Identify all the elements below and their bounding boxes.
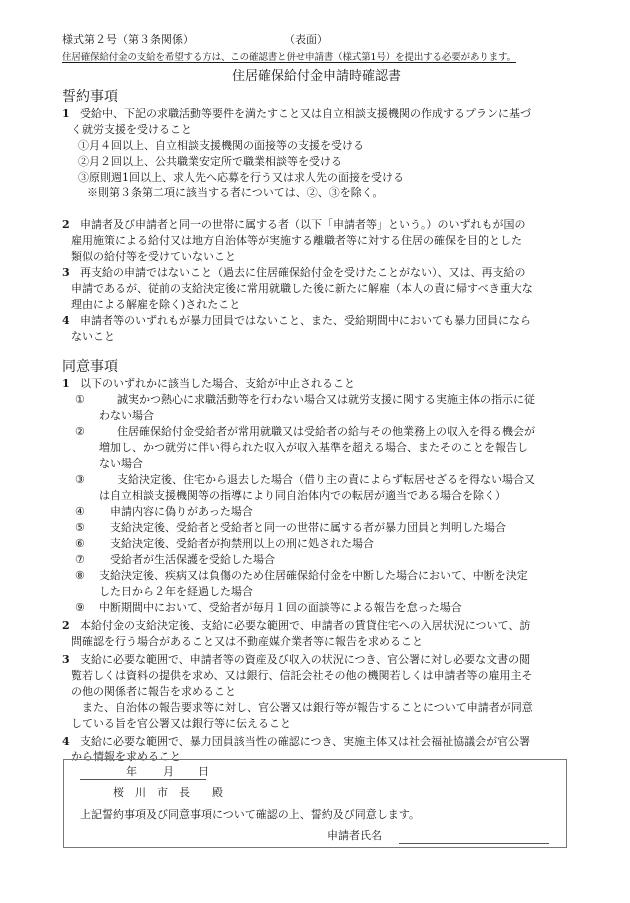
date-month-label: 月 xyxy=(163,765,174,779)
condition-text: 支給決定後、疾病又は負傷のため住居確保給付金を中断した場合において、中断を決定 xyxy=(99,569,528,583)
form-number: 様式第２号（第３条関係） xyxy=(62,33,194,47)
item-text: 類似の給付等を受けていないこと xyxy=(71,250,236,264)
condition-mark: ③ xyxy=(75,473,85,487)
submission-notice: 住居確保給付金の支給を希望する方は、この確認書と併せ申請書（様式第1号）を提出す… xyxy=(62,52,516,64)
item-text: 本給付金の支給決定後、支給に必要な範囲で、申請者の賃貸住宅への入居状況について、… xyxy=(80,619,530,633)
item-text: の他の関係者に報告を求めること xyxy=(71,685,236,699)
item-text: 申請であるが、従前の支給決定後に常用就職した後に新たに解雇（本人の責に帰すべき重… xyxy=(71,282,533,296)
condition-text: 支給決定後、受給者と受給者と同一の世帯に属する者が暴力団員と判明した場合 xyxy=(110,521,506,535)
condition-text: 増加し、かつ就労に伴い得られた収入が収入基準を超える場合、またそのことを報告し xyxy=(99,441,528,455)
consent-heading: 同意事項 xyxy=(62,359,118,376)
pledge-heading: 誓約事項 xyxy=(62,89,118,106)
item-number: 2 xyxy=(62,218,70,232)
condition-text: 支給決定後、住宅から退去した場合（借り主の責によらず転居せざるを得ない場合又 xyxy=(117,473,535,487)
date-day-label: 日 xyxy=(198,765,209,779)
item-text: 再支給の申請ではないこと（過去に住居確保給付金を受けたことがない）、又は、再支給… xyxy=(80,266,526,280)
condition-text: ない場合 xyxy=(99,457,143,471)
item-text: 雇用施策による給付又は地方自治体等が実施する離職者等に対する住居の確保を目的とし… xyxy=(71,234,522,248)
condition-mark: ⑨ xyxy=(75,601,85,615)
condition-text: は自立相談支援機関等の指導により同自治体内での転居が適当である場合を除く） xyxy=(99,489,506,503)
item-text: 覧若しくは資料の提供を求め、又は銀行、信託会社その他の機関若しくは申請者等の雇用… xyxy=(71,669,533,683)
item-number: 4 xyxy=(62,735,70,749)
date-year-label: 年 xyxy=(126,765,137,779)
condition-mark: ① xyxy=(75,393,85,407)
item-text: 問確認を行う場合があること又は不動産媒介業者等に報告を求めること xyxy=(71,635,423,649)
date-underline xyxy=(80,779,206,780)
condition-text: 受給者が生活保護を受給した場合 xyxy=(110,553,275,567)
item-text: ないこと xyxy=(71,330,115,344)
condition-mark: ⑦ xyxy=(75,553,85,567)
condition-text: わない場合 xyxy=(99,409,154,423)
item-text: また、自治体の報告要求等に対し、官公署又は銀行等が報告することについて申請者が同… xyxy=(71,701,533,715)
item-text: 支給に必要な範囲で、暴力団員該当性の確認につき、実施主体又は社会福祉協議会が官公… xyxy=(80,735,530,749)
item-text: 以下のいずれかに該当した場合、支給が中止されること xyxy=(80,377,355,391)
item-text: く就労支援を受けること xyxy=(71,123,192,137)
item-number: 1 xyxy=(62,107,70,121)
condition-text: 住居確保給付金受給者が常用就職又は受給者の給与その他業務上の収入を得る機会が xyxy=(117,425,535,439)
applicant-name-underline xyxy=(399,843,549,844)
item-text: 申請者等のいずれもが暴力団員ではないこと、また、受給期間中においても暴力団員にな… xyxy=(80,314,531,328)
form-side-label: （表面） xyxy=(284,33,328,47)
requirement: ①月４回以上、自立相談支援機関の面接等の支援を受ける xyxy=(78,139,364,153)
condition-text: 中断期間中において、受給者が毎月１回の面談等による報告を怠った場合 xyxy=(99,601,462,615)
item-number: 1 xyxy=(62,377,70,391)
applicant-name-field[interactable] xyxy=(399,829,549,843)
condition-mark: ② xyxy=(75,425,85,439)
item-number: 3 xyxy=(62,653,70,667)
condition-mark: ⑥ xyxy=(75,537,85,551)
document-title: 住居確保給付金申請時確認書 xyxy=(232,69,401,85)
requirement: ②月２回以上、公共職業安定所で職業相談等を受ける xyxy=(78,155,342,169)
item-text: 支給に必要な範囲で、申請者等の資産及び収入の状況につき、官公署に対し必要な文書の… xyxy=(80,653,530,667)
item-text: 申請者及び申請者と同一の世帯に属する者（以下「申請者等」という。）のいずれもが国… xyxy=(80,218,526,232)
consent-statement: 上記誓約事項及び同意事項について確認の上、誓約及び同意します。 xyxy=(80,808,420,822)
requirement: ③原則週1回以上、求人先へ応募を行う又は求人先の面接を受ける xyxy=(78,171,404,185)
item-text: 受給中、下記の求職活動等要件を満たすこと又は自立相談支援機関の作成するプランに基… xyxy=(80,107,531,121)
item-number: 4 xyxy=(62,314,70,328)
item-text: している旨を官公署又は銀行等に伝えること xyxy=(71,717,291,731)
condition-text: 申請内容に偽りがあった場合 xyxy=(110,505,253,519)
item-number: 3 xyxy=(62,266,70,280)
requirement-note: ※則第３条第二項に該当する者については、②、③を除く。 xyxy=(87,186,384,200)
item-number: 2 xyxy=(62,619,70,633)
condition-mark: ⑤ xyxy=(75,521,85,535)
condition-mark: ④ xyxy=(75,505,85,519)
condition-text: 誠実かつ熱心に求職活動等を行わない場合又は就労支援に関する実施主体の指示に従 xyxy=(117,393,535,407)
addressee: 桜 川 市 長 殿 xyxy=(113,786,223,800)
condition-text: 支給決定後、受給者が拘禁刑以上の刑に処された場合 xyxy=(110,537,374,551)
applicant-name-label: 申請者氏名 xyxy=(327,829,382,843)
condition-text: した日から２年を経過した場合 xyxy=(99,585,253,599)
item-text: 理由による解雇を除く)されたこと xyxy=(71,298,240,312)
condition-mark: ⑧ xyxy=(75,569,85,583)
